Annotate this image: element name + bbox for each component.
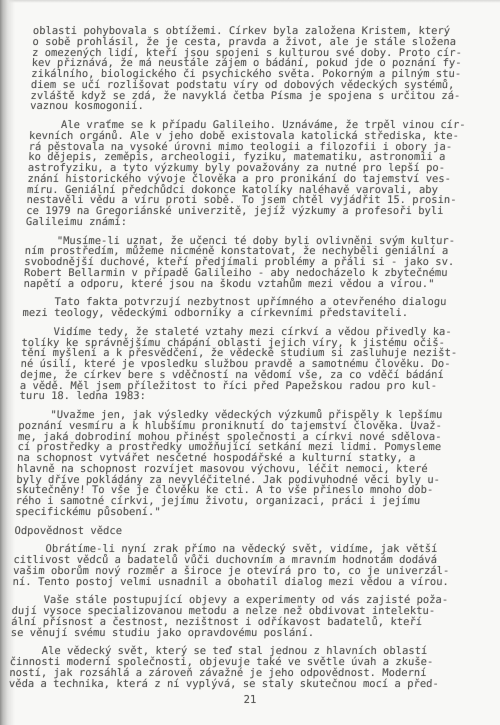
text-line: mezi teology, vědeckými odborníky a círk… [22,308,462,319]
text-line: napětí a odporu, které jsou na škodu vzt… [23,279,463,290]
text-line: diem se učí rozlišovat podstatu víry od … [31,80,471,91]
paragraph: Vaše stále postupující objevy a experime… [11,595,453,638]
text-line: vašim oborům nový rozměr a široce je ote… [13,566,453,577]
text-line: poznání vesmíru a k hlubšímu proniknutí … [18,421,458,432]
text-line: Odpovědnost vědce [14,526,454,537]
paragraph: "Uvažme jen, jak výsledky vědeckých výzk… [15,410,459,518]
text-line: turu 18. ledna 1983: [19,391,459,402]
text-line: vaznou kosmogonií. [30,101,470,112]
text-line: ní. Tento postoj velmi usnadnil a obohat… [12,577,452,588]
text-line: Robert Bellarmin v případě Galileiho - a… [24,268,464,279]
paragraph: oblasti pohybovala s obtížemi. Církev by… [30,26,473,112]
page-number: 21 [34,694,466,706]
paragraph: Obrátíme-li nyní zrak přímo na vědecký s… [12,544,454,587]
paragraph: Ale vědecký svět, který se teď stal jedn… [9,646,451,689]
document-text: oblasti pohybovala s obtížemi. Církev by… [0,0,500,689]
text-line: kevních orgánů. Ale v jeho době existova… [29,131,469,142]
text-line: Vidíme tedy, že staleté vztahy mezi círk… [22,327,462,338]
text-line: dejme, že církev bere s vděčností na věd… [20,370,460,381]
text-line: věda a technika, která z ní vyplývá, se … [9,679,449,690]
text-line: se věnují svému studiu jako opravdovému … [11,628,451,639]
paragraph: Ale vraťme se k případu Galileiho. Uznáv… [26,120,470,228]
scanned-page: oblasti pohybovala s obtížemi. Církev by… [0,0,500,725]
text-line: Galileimu známí: [26,217,466,228]
paragraph: "Musíme-li uznat, že učenci té doby byli… [23,236,465,290]
text-line: o sobě prohlásil, že je cesta, pravda a … [32,37,472,48]
paragraph: Tato fakta potvrzují nezbytnost upřímnéh… [22,297,463,319]
text-line: ností, jak rozsáhlá a zároveň závažné je… [9,668,449,679]
section-heading: Odpovědnost vědce [14,526,454,537]
text-line: ální přísnost a čestnost, nezištnost i o… [11,617,451,628]
text-line: znání historického vývoje člověka a pro … [27,174,467,185]
text-line: hlavně na schopnost rozvíjet masovou výc… [17,464,457,475]
paragraph: Vidíme tedy, že staleté vztahy mezi círk… [19,327,462,402]
text-line: specifickému působení." [15,507,455,518]
